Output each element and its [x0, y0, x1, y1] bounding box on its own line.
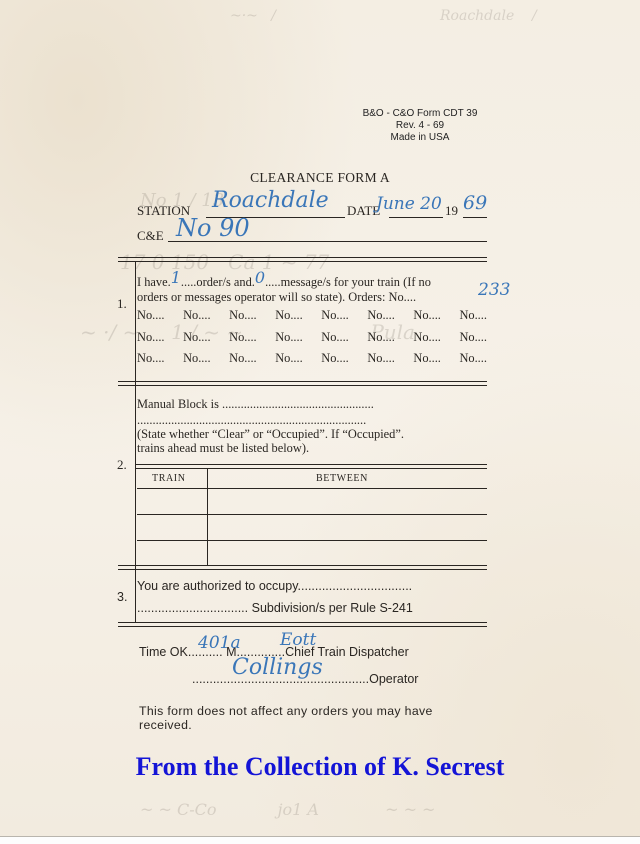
order-no-slot[interactable]: No.... — [459, 308, 487, 323]
section3-top-rule — [118, 565, 487, 570]
order-no-slot[interactable]: No.... — [275, 351, 303, 366]
between-cell[interactable] — [208, 541, 487, 565]
text: .....message/s for your train (If no — [265, 275, 431, 289]
order-no-slot[interactable]: No.... — [367, 308, 395, 323]
ce-field[interactable]: No 90 — [176, 214, 250, 242]
order-no-slot[interactable]: No.... — [229, 351, 257, 366]
bleed-through-mark: ~·~ / — [230, 8, 276, 24]
order-no-slot[interactable]: No.... — [367, 330, 395, 345]
order-no-slot[interactable]: No.... — [413, 351, 441, 366]
order-no-slot[interactable]: No.... — [321, 308, 349, 323]
form-origin: Made in USA — [340, 132, 500, 144]
form-number: B&O - C&O Form CDT 39 — [340, 108, 500, 120]
order-no-slot[interactable]: No.... — [137, 330, 165, 345]
section2-top-rule — [118, 381, 487, 386]
between-cell[interactable] — [208, 515, 487, 539]
bleed-through-mark: Roachdale / — [440, 8, 537, 24]
bleed-through-mark: 17 0 150 Ca 1 ~ 77 — [120, 250, 329, 274]
form-number-block: B&O - C&O Form CDT 39 Rev. 4 - 69 Made i… — [340, 108, 500, 144]
station-field[interactable]: Roachdale — [212, 188, 329, 213]
manual-block-instruction: (State whether “Clear” or “Occupied”. If… — [137, 427, 487, 442]
order-no-slot[interactable]: No.... — [367, 351, 395, 366]
disclaimer-line1: This form does not affect any orders you… — [139, 704, 433, 718]
train-cell[interactable] — [137, 515, 207, 539]
order-no-slot[interactable]: No.... — [137, 351, 165, 366]
train-table-top-rule — [135, 464, 487, 469]
form-bottom-rule — [118, 622, 487, 627]
order-no-slot[interactable]: No.... — [321, 330, 349, 345]
year-field[interactable]: 69 — [463, 192, 487, 214]
operator-signature-field[interactable]: Collings — [232, 655, 323, 680]
text: I have. — [137, 275, 171, 289]
orders-count-field[interactable]: 1 — [171, 268, 181, 287]
order-no-slot[interactable]: No.... — [275, 330, 303, 345]
disclaimer-line2: received. — [139, 718, 192, 732]
between-cell[interactable] — [208, 489, 487, 513]
date-underline — [389, 217, 443, 218]
section1-number: 1. — [117, 296, 127, 312]
order-no-slot[interactable]: No.... — [321, 351, 349, 366]
order-no-slot[interactable]: No.... — [229, 308, 257, 323]
order-number-field[interactable]: 233 — [478, 280, 510, 300]
manual-block-line[interactable]: Manual Block is ........................… — [137, 397, 487, 412]
year-underline — [463, 217, 487, 218]
time-ok-field[interactable]: 401a — [198, 633, 241, 653]
section1-top-rule — [118, 257, 487, 262]
year-prefix: 19 — [445, 203, 458, 219]
order-no-slot[interactable]: No.... — [459, 330, 487, 345]
order-no-slot[interactable]: No.... — [183, 330, 211, 345]
order-no-slot[interactable]: No.... — [183, 351, 211, 366]
time-ok-label: Time OK — [139, 645, 188, 659]
order-no-slot[interactable]: No.... — [413, 308, 441, 323]
order-no-slot[interactable]: No.... — [183, 308, 211, 323]
operator-label: Operator — [369, 672, 418, 686]
form-title: CLEARANCE FORM A — [0, 170, 640, 186]
bleed-through-mark: ~ ~ C-Co jo1 A ~ ~ ~ — [140, 800, 435, 819]
between-column-header: BETWEEN — [316, 473, 368, 484]
form-revision: Rev. 4 - 69 — [340, 120, 500, 132]
train-cell[interactable] — [137, 541, 207, 565]
order-numbers-row: No.... No.... No.... No.... No.... No...… — [137, 351, 487, 366]
train-column-header: TRAIN — [152, 473, 186, 484]
order-no-slot[interactable]: No.... — [229, 330, 257, 345]
authorized-occupy-line[interactable]: You are authorized to occupy............… — [137, 579, 487, 594]
section3-number: 3. — [117, 590, 127, 604]
train-cell[interactable] — [137, 489, 207, 513]
manual-block-instruction2: trains ahead must be listed below). — [137, 441, 487, 456]
manual-block-line2[interactable]: ........................................… — [137, 413, 487, 428]
scan-bottom-edge — [0, 836, 640, 844]
section1-line2: orders or messages operator will so stat… — [137, 290, 487, 305]
order-no-slot[interactable]: No.... — [137, 308, 165, 323]
ce-label: C&E — [137, 228, 164, 244]
subdivision-line[interactable]: ................................ Subdivi… — [137, 601, 487, 616]
section2-number: 2. — [117, 457, 127, 473]
messages-count-field[interactable]: 0 — [255, 268, 265, 287]
collection-credit: From the Collection of K. Secrest — [0, 752, 640, 782]
order-no-slot[interactable]: No.... — [275, 308, 303, 323]
order-no-slot[interactable]: No.... — [413, 330, 441, 345]
section1-line1: I have.1.....order/s and.0.....message/s… — [137, 273, 487, 290]
date-field[interactable]: June 20 — [376, 194, 442, 214]
order-numbers-row: No.... No.... No.... No.... No.... No...… — [137, 308, 487, 323]
order-numbers-row: No.... No.... No.... No.... No.... No...… — [137, 330, 487, 345]
dispatcher-initials-field[interactable]: Eott — [280, 630, 316, 650]
text: .....order/s and. — [181, 275, 255, 289]
order-no-slot[interactable]: No.... — [459, 351, 487, 366]
